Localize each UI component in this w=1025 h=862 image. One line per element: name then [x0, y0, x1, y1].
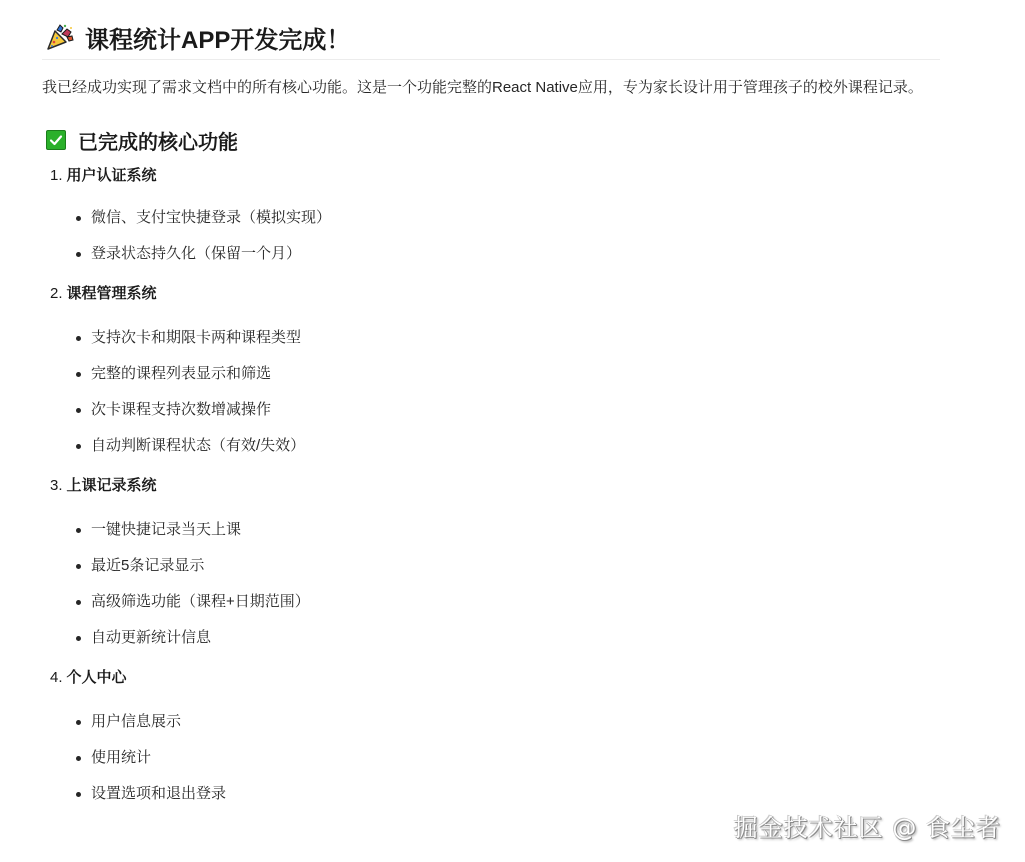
- bullet-icon: [76, 636, 81, 641]
- list-item-text: 完整的课程列表显示和筛选: [91, 365, 271, 382]
- bullet-icon: [76, 756, 81, 761]
- list-item-text: 一键快捷记录当天上课: [91, 521, 241, 538]
- section-title: 2.课程管理系统: [50, 282, 940, 306]
- section-title: 3.上课记录系统: [50, 474, 940, 498]
- list-item-text: 支持次卡和期限卡两种课程类型: [91, 329, 301, 346]
- list-item-text: 最近5条记录显示: [91, 557, 204, 574]
- list-item: 自动更新统计信息: [42, 624, 940, 660]
- document: 课程统计APP开发完成！ 我已经成功实现了需求文档中的所有核心功能。这是一个功能…: [42, 0, 940, 816]
- list-item: 完整的课程列表显示和筛选: [42, 360, 940, 396]
- features-heading-text: 已完成的核心功能: [78, 126, 238, 155]
- section-title-text: 用户认证系统: [67, 167, 157, 184]
- list-item: 用户信息展示: [42, 708, 940, 744]
- feature-section: 1.用户认证系统 微信、支付宝快捷登录（模拟实现） 登录状态持久化（保留一个月）: [42, 164, 940, 276]
- title-divider: [42, 59, 940, 60]
- bullet-icon: [76, 408, 81, 413]
- section-title-text: 课程管理系统: [67, 285, 157, 302]
- list-item-text: 登录状态持久化（保留一个月）: [91, 245, 301, 262]
- section-number: 2.: [50, 285, 63, 302]
- list-item-text: 次卡课程支持次数增减操作: [91, 401, 271, 418]
- list-item: 自动判断课程状态（有效/失效）: [42, 432, 940, 468]
- section-title-text: 个人中心: [67, 669, 127, 686]
- bullet-icon: [76, 720, 81, 725]
- check-box-icon: [46, 130, 66, 150]
- section-number: 3.: [50, 477, 63, 494]
- list-item: 次卡课程支持次数增减操作: [42, 396, 940, 432]
- section-number: 1.: [50, 167, 63, 184]
- feature-list: 用户信息展示 使用统计 设置选项和退出登录: [42, 708, 940, 816]
- section-number: 4.: [50, 669, 63, 686]
- list-item-text: 用户信息展示: [91, 713, 181, 730]
- list-item-text: 设置选项和退出登录: [91, 785, 226, 802]
- list-item: 高级筛选功能（课程+日期范围）: [42, 588, 940, 624]
- feature-list: 一键快捷记录当天上课 最近5条记录显示 高级筛选功能（课程+日期范围） 自动更新…: [42, 516, 940, 660]
- bullet-icon: [76, 528, 81, 533]
- list-item-text: 高级筛选功能（课程+日期范围）: [91, 593, 310, 610]
- bullet-icon: [76, 252, 81, 257]
- watermark: 掘金技术社区 @ 食尘者: [734, 808, 1001, 843]
- list-item: 使用统计: [42, 744, 940, 780]
- bullet-icon: [76, 564, 81, 569]
- section-title: 4.个人中心: [50, 666, 940, 690]
- feature-list: 支持次卡和期限卡两种课程类型 完整的课程列表显示和筛选 次卡课程支持次数增减操作…: [42, 324, 940, 468]
- bullet-icon: [76, 444, 81, 449]
- list-item-text: 自动判断课程状态（有效/失效）: [91, 437, 305, 454]
- list-item: 支持次卡和期限卡两种课程类型: [42, 324, 940, 360]
- list-item: 微信、支付宝快捷登录（模拟实现）: [42, 204, 940, 240]
- bullet-icon: [76, 336, 81, 341]
- page-title-text: 课程统计APP开发完成！: [85, 20, 350, 55]
- section-title-text: 上课记录系统: [67, 477, 157, 494]
- features-heading: 已完成的核心功能: [42, 124, 940, 156]
- list-item-text: 使用统计: [91, 749, 151, 766]
- feature-section: 2.课程管理系统 支持次卡和期限卡两种课程类型 完整的课程列表显示和筛选 次卡课…: [42, 282, 940, 468]
- list-item: 一键快捷记录当天上课: [42, 516, 940, 552]
- page-title: 课程统计APP开发完成！: [42, 0, 940, 56]
- list-item: 登录状态持久化（保留一个月）: [42, 240, 940, 276]
- list-item-text: 自动更新统计信息: [91, 629, 211, 646]
- section-title: 1.用户认证系统: [50, 164, 940, 188]
- intro-paragraph: 我已经成功实现了需求文档中的所有核心功能。这是一个功能完整的React Nati…: [42, 74, 932, 102]
- feature-list: 微信、支付宝快捷登录（模拟实现） 登录状态持久化（保留一个月）: [42, 204, 940, 276]
- feature-section: 4.个人中心 用户信息展示 使用统计 设置选项和退出登录: [42, 666, 940, 816]
- bullet-icon: [76, 372, 81, 377]
- bullet-icon: [76, 792, 81, 797]
- bullet-icon: [76, 600, 81, 605]
- bullet-icon: [76, 216, 81, 221]
- party-popper-icon: [45, 22, 75, 52]
- list-item: 最近5条记录显示: [42, 552, 940, 588]
- list-item-text: 微信、支付宝快捷登录（模拟实现）: [91, 209, 331, 226]
- feature-section: 3.上课记录系统 一键快捷记录当天上课 最近5条记录显示 高级筛选功能（课程+日…: [42, 474, 940, 660]
